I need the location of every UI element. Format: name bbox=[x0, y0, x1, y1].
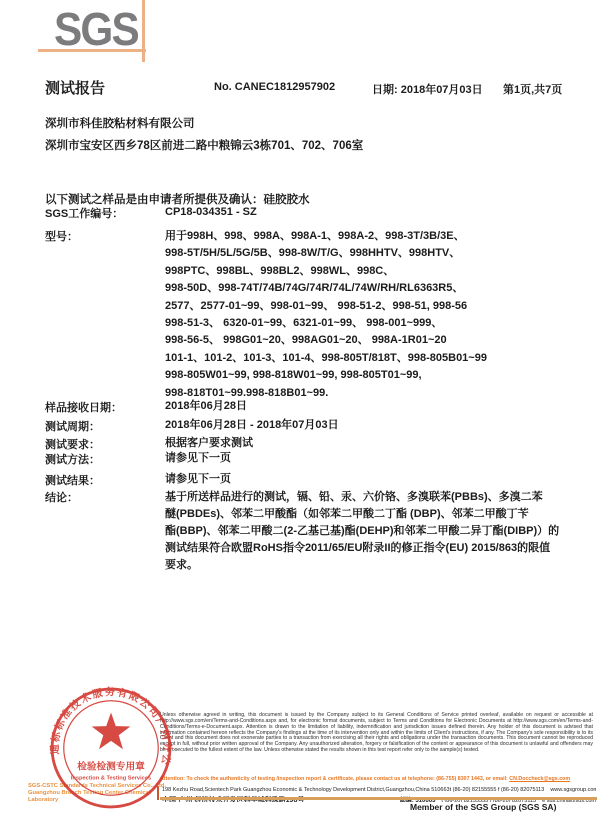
field-value-line: 请参见下一页 bbox=[165, 451, 590, 466]
applicant-name: 深圳市科佳胶粘材料有限公司 bbox=[45, 113, 363, 135]
field-value-line: 测试结果符合欧盟RoHS指令2011/65/EU附录II的修正指令(EU) 20… bbox=[165, 540, 590, 557]
star-icon bbox=[92, 712, 131, 749]
field-value-line: 998PTC、998BL、998BL2、998WL、998C、 bbox=[165, 263, 590, 280]
field-value: 基于所送样品进行的测试，镉、铅、汞、六价铬、多溴联苯(PBBs)、多溴二苯醚(P… bbox=[165, 489, 590, 574]
field-value-line: 2577、2577-01~99、998-01~99、 998-51-2、998-… bbox=[165, 298, 590, 315]
field-value-line: 酯(BBP)、邻苯二甲酸二(2-乙基己基)酯(DEHP)和邻苯二甲酸二异丁酯(D… bbox=[165, 523, 590, 540]
field-label: 测试结果： bbox=[45, 472, 165, 488]
field-label: 测试方法： bbox=[45, 451, 165, 467]
field-value: 根据客户要求测试 bbox=[165, 436, 590, 452]
field-row: 型号：用于998H、998、998A、998A-1、998A-2、998-3T/… bbox=[45, 228, 590, 402]
field-value-line: 998-51-3、 6320-01~99、6321-01~99、 998-001… bbox=[165, 315, 590, 332]
field-value-line: 998-56-5、 998G01~20、998AG01~20、 998A-1R0… bbox=[165, 332, 590, 349]
website-url: www.sgsgroup.com.cn bbox=[550, 787, 596, 793]
logo-horizontal-line bbox=[38, 49, 146, 52]
field-value-line: 101-1、101-2、101-3、101-4、998-805T/818T、99… bbox=[165, 350, 590, 367]
address-en: 198 Kezhu Road,Scientech Park Guangzhou … bbox=[162, 787, 450, 793]
field-value-line: 基于所送样品进行的测试，镉、铅、汞、六价铬、多溴联苯(PBBs)、多溴二苯 bbox=[165, 489, 590, 506]
field-value: 2018年06月28日 bbox=[165, 399, 590, 415]
stamp-center-text: 检验检测专用章 bbox=[77, 760, 145, 772]
field-value-line: CP18-034351 - SZ bbox=[165, 205, 590, 220]
field-value-line: 要求。 bbox=[165, 557, 590, 574]
address-row-en: 198 Kezhu Road,Scientech Park Guangzhou … bbox=[162, 787, 596, 795]
field-value-line: 2018年06月28日 - 2018年07月03日 bbox=[165, 418, 590, 433]
field-label: 样品接收日期： bbox=[45, 399, 165, 415]
field-value-line: 根据客户要求测试 bbox=[165, 436, 590, 451]
field-row: 测试周期：2018年06月28日 - 2018年07月03日 bbox=[45, 418, 590, 434]
logo-vertical-line bbox=[142, 0, 145, 62]
stamp-graphic: 通标标准技术服务有限公司广州分公司 检验检测专用章 Inspection & T… bbox=[47, 684, 175, 812]
field-label: 测试要求： bbox=[45, 436, 165, 452]
field-value-line: 用于998H、998、998A、998A-1、998A-2、998-3T/3B/… bbox=[165, 228, 590, 245]
stamp-center-subtext: Inspection & Testing Services bbox=[71, 775, 151, 781]
field-row: SGS工作编号：CP18-034351 - SZ bbox=[45, 205, 590, 221]
field-value: 请参见下一页 bbox=[165, 472, 590, 488]
field-value-line: 998-50D、998-74T/74B/74G/74R/74L/74W/RH/R… bbox=[165, 280, 590, 297]
field-value-line: 醚(PBDEs)、邻苯二甲酸酯（如邻苯二甲酸二丁酯 (DBP)、邻苯二甲酸丁苄 bbox=[165, 506, 590, 523]
report-number: No. CANEC1812957902 bbox=[214, 81, 335, 93]
applicant-address: 深圳市宝安区西乡78区前进二路中粮锦云3栋701、702、706室 bbox=[45, 135, 363, 157]
field-row: 测试结果：请参见下一页 bbox=[45, 472, 590, 488]
doccheck-email: CN.Doccheck@sgs.com bbox=[509, 776, 570, 782]
inspection-stamp: 通标标准技术服务有限公司广州分公司 检验检测专用章 Inspection & T… bbox=[47, 684, 175, 812]
field-label: 结论： bbox=[45, 489, 165, 574]
report-date: 日期: 2018年07月03日 bbox=[372, 81, 483, 97]
field-row: 样品接收日期：2018年06月28日 bbox=[45, 399, 590, 415]
field-value-line: 2018年06月28日 bbox=[165, 399, 590, 414]
footer-rule-line bbox=[160, 797, 597, 800]
field-value: 请参见下一页 bbox=[165, 451, 590, 467]
report-header: 测试报告 No. CANEC1812957902 日期: 2018年07月03日… bbox=[0, 77, 600, 99]
field-row: 测试要求：根据客户要求测试 bbox=[45, 436, 590, 452]
field-value: CP18-034351 - SZ bbox=[165, 205, 590, 221]
field-value: 2018年06月28日 - 2018年07月03日 bbox=[165, 418, 590, 434]
phone-fax-en: t (86-20) 82155555 f (86-20) 82075113 bbox=[450, 787, 545, 793]
report-page: SGS 测试报告 No. CANEC1812957902 日期: 2018年07… bbox=[0, 0, 600, 820]
attention-text: Attention: To check the authenticity of … bbox=[160, 776, 509, 782]
field-value-line: 998-5T/5H/5L/5G/5B、998-8W/T/G、998HHTV、99… bbox=[165, 245, 590, 262]
page-indicator: 第1页,共7页 bbox=[503, 81, 562, 97]
sgs-logo: SGS bbox=[54, 2, 138, 56]
sgs-member-note: Member of the SGS Group (SGS SA) bbox=[410, 802, 556, 812]
field-label: 测试周期： bbox=[45, 418, 165, 434]
report-title: 测试报告 bbox=[45, 77, 105, 98]
field-label: 型号： bbox=[45, 228, 165, 402]
field-value-line: 请参见下一页 bbox=[165, 472, 590, 487]
field-row: 结论：基于所送样品进行的测试，镉、铅、汞、六价铬、多溴联苯(PBBs)、多溴二苯… bbox=[45, 489, 590, 574]
attention-note: Attention: To check the authenticity of … bbox=[160, 776, 593, 782]
applicant-block: 深圳市科佳胶粘材料有限公司 深圳市宝安区西乡78区前进二路中粮锦云3栋701、7… bbox=[45, 113, 363, 157]
field-label: SGS工作编号： bbox=[45, 205, 165, 221]
field-row: 测试方法：请参见下一页 bbox=[45, 451, 590, 467]
field-value-line: 998-805W01~99, 998-818W01~99, 998-805T01… bbox=[165, 367, 590, 384]
legal-disclaimer: Unless otherwise agreed in writing, this… bbox=[160, 713, 593, 754]
field-value: 用于998H、998、998A、998A-1、998A-2、998-3T/3B/… bbox=[165, 228, 590, 402]
